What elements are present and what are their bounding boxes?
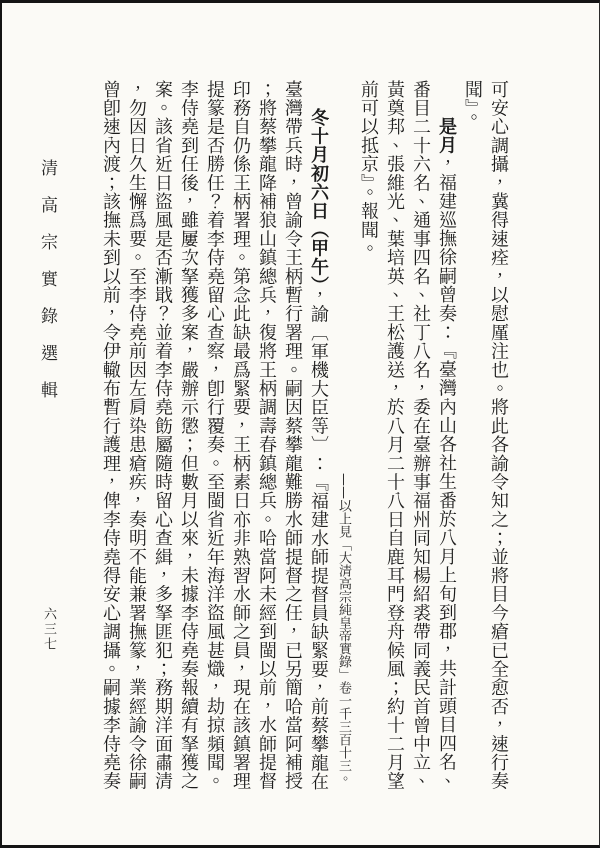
text-column: 番目二十六名、通事四名、社丁八名，委在臺辦事福州同知楊紹裘帶同義民首曾中立、 <box>407 80 433 802</box>
text-run: 前可以抵京』。報聞。 <box>358 80 379 258</box>
text-run: 案。該省近日盜風是否漸戢？並着李侍堯飭屬隨時留心查緝，多拏匪犯；務期洋面肅清 <box>152 80 173 791</box>
text-run: 聞』。 <box>462 80 483 127</box>
text-run: ，勿因日久生懈爲要。至李侍堯前因左肩染患瘡疾，奏明不能兼署撫篆，業經諭令徐嗣 <box>126 80 147 791</box>
book-title-margin: 清高宗實錄選輯 <box>35 159 60 418</box>
text-run: ，福建巡撫徐嗣曾奏：『臺灣內山各社生番於八月上旬到郡，共計頭目四名、 <box>436 155 457 791</box>
text-column: 印務自仍係王柄署理。第念此缺最爲緊要，王柄素日亦非熟習水師之員，現在該鎮署理 <box>227 80 253 802</box>
text-column: 曾卽速內渡；該撫未到以前，令伊轍布暫行護理，俾李侍堯得安心調攝。嗣據李侍堯奏 <box>97 80 123 802</box>
text-column: 冬十月初六日（甲午），諭〔軍機大臣等〕：『福建水師提督員缺緊要，前蔡攀龍在 <box>305 80 331 802</box>
text-run: 李侍堯到任後，雖屢次拏獲多案，嚴辦示懲；但數月以來，未據李侍堯奏報續有拏獲之 <box>178 80 199 791</box>
text-column: 案。該省近日盜風是否漸戢？並着李侍堯飭屬隨時留心查緝，多拏匪犯；務期洋面肅清 <box>149 80 175 802</box>
page-number: 六三七 <box>39 607 58 652</box>
text-column: 聞』。 <box>459 80 485 802</box>
entry-date-heading: 是月 <box>436 117 457 154</box>
text-run: 曾卽速內渡；該撫未到以前，令伊轍布暫行護理，俾李侍堯得安心調攝。嗣據李侍堯奏 <box>100 80 121 791</box>
text-run: ，諭〔軍機大臣等〕：『福建水師提督員缺緊要，前蔡攀龍在 <box>308 286 329 791</box>
text-run: 印務自仍係王柄署理。第念此缺最爲緊要，王柄素日亦非熟習水師之員，現在該鎮署理 <box>230 80 251 791</box>
text-column: 提篆是否勝任？着李侍堯留心查察，卽行覆奏。至閩省近年海洋盜風甚熾，劫掠頻聞。 <box>201 80 227 802</box>
book-page: 可安心調攝，冀得速痊，以慰厪注也。將此各諭令知之；並將目今瘡已全愈否，速行奏聞』… <box>0 0 600 848</box>
text-column: ，勿因日久生懈爲要。至李侍堯前因左肩染患瘡疾，奏明不能兼署撫篆，業經諭令徐嗣 <box>123 80 149 802</box>
text-column: 可安心調攝，冀得速痊，以慰厪注也。將此各諭令知之；並將目今瘡已全愈否，速行奏 <box>485 80 511 802</box>
text-run: 提篆是否勝任？着李侍堯留心查察，卽行覆奏。至閩省近年海洋盜風甚熾，劫掠頻聞。 <box>204 80 225 791</box>
text-column: 黃奠邦、張維光、葉培英、王松護送，於八月二十八日自鹿耳門登舟候風；約十二月望 <box>381 80 407 802</box>
text-column: ；將蔡攀龍降補狼山鎮總兵，復將王柄調壽春鎮總兵。哈當阿未經到閩以前，水師提督 <box>253 80 279 802</box>
text-run: ——以上見「大清高宗純皇帝實錄」卷一千三百十三。 <box>336 473 351 785</box>
text-column: 前可以抵京』。報聞。 <box>355 80 381 802</box>
text-column: 李侍堯到任後，雖屢次拏獲多案，嚴辦示懲；但數月以來，未據李侍堯奏報續有拏獲之 <box>175 80 201 802</box>
text-run: 黃奠邦、張維光、葉培英、王松護送，於八月二十八日自鹿耳門登舟候風；約十二月望 <box>384 80 405 791</box>
text-run: 臺灣帶兵時，曾諭令王柄暫行署理。嗣因蔡攀龍難勝水師提督之任，已另簡哈當阿補授 <box>282 80 303 791</box>
text-column: 是月，福建巡撫徐嗣曾奏：『臺灣內山各社生番於八月上旬到郡，共計頭目四名、 <box>433 80 459 802</box>
text-run: 番目二十六名、通事四名、社丁八名，委在臺辦事福州同知楊紹裘帶同義民首曾中立、 <box>410 80 431 791</box>
source-citation: ——以上見「大清高宗純皇帝實錄」卷一千三百十三。 <box>331 80 355 802</box>
entry-date-heading: 冬十月初六日（甲午） <box>308 108 329 286</box>
text-run: ；將蔡攀龍降補狼山鎮總兵，復將王柄調壽春鎮總兵。哈當阿未經到閩以前，水師提督 <box>256 80 277 791</box>
text-block: 可安心調攝，冀得速痊，以慰厪注也。將此各諭令知之；並將目今瘡已全愈否，速行奏聞』… <box>97 80 511 802</box>
text-run: 可安心調攝，冀得速痊，以慰厪注也。將此各諭令知之；並將目今瘡已全愈否，速行奏 <box>488 80 509 791</box>
text-column: 臺灣帶兵時，曾諭令王柄暫行署理。嗣因蔡攀龍難勝水師提督之任，已另簡哈當阿補授 <box>279 80 305 802</box>
